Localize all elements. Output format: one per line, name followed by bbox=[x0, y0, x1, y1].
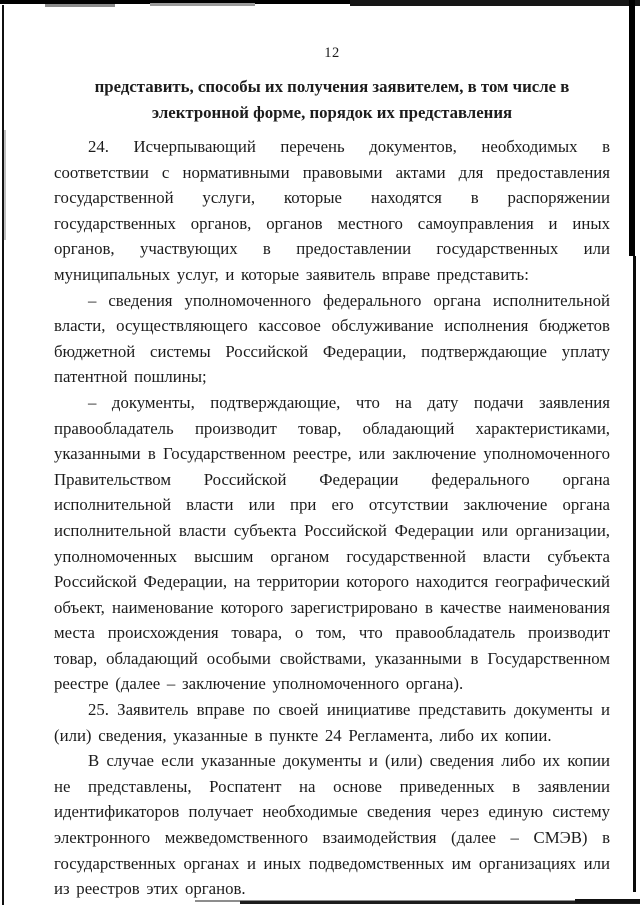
paragraph-24: 24. Исчерпывающий перечень документов, н… bbox=[54, 134, 610, 288]
paragraph-dash-item-1: – сведения уполномоченного федерального … bbox=[54, 288, 610, 390]
document-content: 12 представить, способы их получения зая… bbox=[54, 44, 610, 902]
document-page: 12 представить, способы их получения зая… bbox=[0, 0, 640, 905]
paragraph-dash-item-2: – документы, подтверждающие, что на дату… bbox=[54, 390, 610, 697]
scan-artifact-left-gray bbox=[4, 130, 6, 240]
scan-artifact-right-line-thick bbox=[629, 0, 635, 256]
scan-artifact-top-bar-thick bbox=[350, 0, 640, 6]
scan-artifact-top-gray-2 bbox=[150, 3, 255, 6]
scan-artifact-top-gray-1 bbox=[45, 4, 115, 7]
scan-artifact-top-bar bbox=[0, 0, 640, 4]
section-heading: представить, способы их получения заявит… bbox=[60, 74, 604, 126]
scan-artifact-left-line bbox=[2, 5, 4, 905]
scan-artifact-right-line-thin bbox=[633, 256, 636, 892]
paragraph-smev: В случае если указанные документы и (или… bbox=[54, 748, 610, 902]
paragraph-25: 25. Заявитель вправе по своей инициативе… bbox=[54, 697, 610, 748]
page-number: 12 bbox=[54, 44, 610, 62]
